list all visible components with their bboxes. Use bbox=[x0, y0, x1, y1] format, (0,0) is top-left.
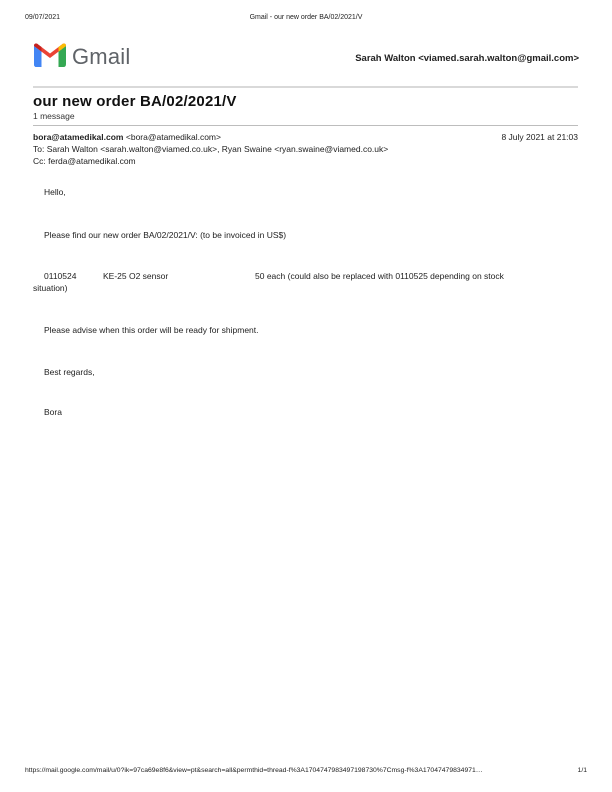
thread-subject: our new order BA/02/2021/V bbox=[33, 93, 237, 110]
closing: Best regards, bbox=[44, 366, 95, 378]
item-code: 0110524 bbox=[44, 270, 76, 282]
gmail-m-logo-icon bbox=[34, 43, 66, 69]
request-text: Please advise when this order will be re… bbox=[44, 324, 259, 336]
sender-email: <bora@atamedikal.com> bbox=[126, 132, 221, 142]
account-identity: Sarah Walton <viamed.sarah.walton@gmail.… bbox=[355, 53, 579, 64]
signature: Bora bbox=[44, 406, 62, 418]
item-quantity-note: 50 each (could also be replaced with 011… bbox=[255, 270, 504, 282]
recipients-cc: Cc: ferda@atamedikal.com bbox=[33, 155, 578, 167]
message-count: 1 message bbox=[33, 111, 75, 121]
print-title: Gmail - our new order BA/02/2021/V bbox=[0, 14, 612, 21]
greeting: Hello, bbox=[44, 186, 66, 198]
message-header: bora@atamedikal.com <bora@atamedikal.com… bbox=[33, 131, 578, 167]
message-date: 8 July 2021 at 21:03 bbox=[501, 131, 578, 143]
print-header: 09/07/2021 Gmail - our new order BA/02/2… bbox=[0, 14, 612, 26]
intro-text: Please find our new order BA/02/2021/V: … bbox=[44, 229, 286, 241]
sender-line: bora@atamedikal.com <bora@atamedikal.com… bbox=[33, 131, 578, 143]
item-quantity-note-wrap: situation) bbox=[33, 282, 68, 294]
divider bbox=[33, 86, 578, 88]
page-number: 1/1 bbox=[578, 767, 587, 774]
gmail-wordmark: Gmail bbox=[72, 43, 130, 71]
recipients-to: To: Sarah Walton <sarah.walton@viamed.co… bbox=[33, 143, 578, 155]
item-description: KE-25 O2 sensor bbox=[103, 270, 168, 282]
sender-name[interactable]: bora@atamedikal.com bbox=[33, 132, 124, 142]
divider bbox=[33, 125, 578, 126]
brand-row: Gmail Sarah Walton <viamed.sarah.walton@… bbox=[34, 43, 579, 73]
print-url: https://mail.google.com/mail/u/0?ik=97ca… bbox=[25, 767, 483, 774]
